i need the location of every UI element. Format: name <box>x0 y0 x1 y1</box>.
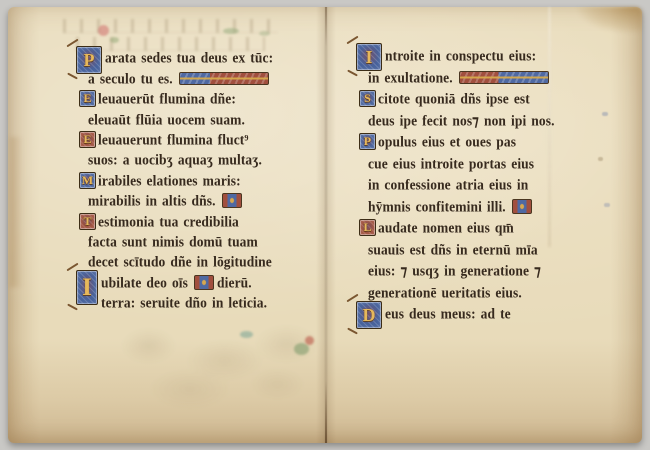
teal-pigment-ghost <box>240 331 253 338</box>
text-line: Eleuauerūt flumina dñe: <box>88 89 320 109</box>
show-through-bottom <box>98 317 328 413</box>
text-line: cue eius introite portas eius <box>368 153 604 175</box>
green-pigment-ghost <box>110 37 119 43</box>
illuminated-initial: S <box>359 90 376 107</box>
psalm-text: facta sunt nimis domū tuam <box>88 234 258 249</box>
text-line: Testimonia tua credibilia <box>88 211 320 231</box>
psalm-text: arata sedes tua deus ex tūc: <box>105 51 273 66</box>
line-filler <box>222 193 242 208</box>
text-line: suos: a uocibʒ aquaʒ multaʒ. <box>88 150 320 170</box>
line-filler <box>194 275 214 290</box>
psalm-text: eleuaūt flūia uocem suam. <box>88 112 245 127</box>
illuminated-initial: T <box>79 213 96 230</box>
right-page-text-block: Introite in conspectu eius:in exultation… <box>368 45 604 325</box>
psalm-text: hȳmnis confitemini illi. <box>368 199 506 214</box>
text-line: mirabilis in altis dñs. <box>88 191 320 211</box>
text-line: Laudate nomen eius qm̄ <box>368 217 604 239</box>
text-line: terra: seruite dño in leticia. <box>88 293 320 313</box>
gutter-crease-bottom <box>325 381 327 443</box>
photo-background: Parata sedes tua deus ex tūc:a seculo tu… <box>0 0 650 450</box>
psalm-text: estimonia tua credibilia <box>98 214 239 229</box>
psalm-text: generationē ueritatis eius. <box>368 285 522 300</box>
psalm-text: cue eius introite portas eius <box>368 156 534 171</box>
psalm-text: suauis est dñs in eternū mīa <box>368 242 538 257</box>
psalm-text: opulus eius et oues pas <box>378 134 516 149</box>
illuminated-initial: E <box>79 131 96 148</box>
text-line: hȳmnis confitemini illi. <box>368 196 604 218</box>
text-line: generationē ueritatis eius. <box>368 282 604 304</box>
psalm-text: irabiles elationes maris: <box>98 173 241 188</box>
text-line: Introite in conspectu eius: <box>368 45 604 67</box>
edge-stain <box>10 137 24 287</box>
red-pigment-ghost <box>98 25 109 36</box>
green-pigment-ghost <box>223 28 239 34</box>
psalm-text: suos: a uocibʒ aquaʒ multaʒ. <box>88 153 262 168</box>
text-line: Populus eius et oues pas <box>368 131 604 153</box>
text-line: Mirabiles elationes maris: <box>88 170 320 190</box>
psalm-text: citote quoniā dñs ipse est <box>378 91 530 106</box>
text-line: eius: ⁊ usqʒ in generatione ⁊ <box>368 260 604 282</box>
text-line: Eleuauerunt flumina fluct⁹ <box>88 130 320 150</box>
text-line: suauis est dñs in eternū mīa <box>368 239 604 261</box>
green-flower-ghost <box>294 343 309 355</box>
red-flower-ghost <box>305 336 314 345</box>
line-filler <box>179 72 269 85</box>
text-line: Scitote quoniā dñs ipse est <box>368 88 604 110</box>
illuminated-initial: P <box>359 133 376 150</box>
corner-stain <box>547 7 642 35</box>
psalm-text: terra: seruite dño in leticia. <box>101 296 267 311</box>
margin-speck <box>604 203 610 207</box>
line-filler <box>459 71 549 84</box>
text-line: in confessione atria eius in <box>368 174 604 196</box>
psalm-text: in confessione atria eius in <box>368 177 528 192</box>
psalm-text: decet scītudo dñe in lōgitudine <box>88 255 272 270</box>
line-filler <box>512 199 532 214</box>
psalm-text: audate nomen eius qm̄ <box>378 220 514 235</box>
psalm-text: leuauerūt flumina dñe: <box>98 92 236 107</box>
gutter-crease-top <box>325 7 327 47</box>
text-line: in exultatione. <box>368 67 604 89</box>
psalm-text: leuauerunt flumina fluct⁹ <box>98 132 249 147</box>
text-line: deus ipe fecit nos⁊ non ipi nos. <box>368 110 604 132</box>
illuminated-initial: L <box>359 219 376 236</box>
psalm-text: deus ipe fecit nos⁊ non ipi nos. <box>368 113 555 128</box>
text-line: facta sunt nimis domū tuam <box>88 232 320 252</box>
manuscript-leaf: Parata sedes tua deus ex tūc:a seculo tu… <box>8 7 642 443</box>
illuminated-initial: D <box>356 301 382 329</box>
text-line: a seculo tu es. <box>88 68 320 88</box>
illuminated-initial: E <box>79 90 96 107</box>
psalm-text: ubilate deo oīs <box>101 275 188 290</box>
text-line: decet scītudo dñe in lōgitudine <box>88 252 320 272</box>
text-line: Deus deus meus: ad te <box>368 303 604 325</box>
text-line: Parata sedes tua deus ex tūc: <box>88 48 320 68</box>
psalm-text: in exultatione. <box>368 70 453 85</box>
left-page-text-block: Parata sedes tua deus ex tūc:a seculo tu… <box>88 48 320 313</box>
psalm-text: a seculo tu es. <box>88 71 173 86</box>
illuminated-initial: I <box>76 270 98 305</box>
text-line: Iubilate deo oīsdierū. <box>88 272 320 292</box>
psalm-text: dierū. <box>217 275 252 290</box>
psalm-text: eius: ⁊ usqʒ in generatione ⁊ <box>368 263 541 278</box>
psalm-text: eus deus meus: ad te <box>385 306 511 321</box>
green-pigment-ghost <box>259 31 270 36</box>
illuminated-initial: M <box>79 172 96 189</box>
text-line: eleuaūt flūia uocem suam. <box>88 109 320 129</box>
illuminated-initial: I <box>356 43 382 71</box>
psalm-text: mirabilis in altis dñs. <box>88 194 216 209</box>
show-through-row <box>63 19 278 33</box>
psalm-text: ntroite in conspectu eius: <box>385 48 536 63</box>
